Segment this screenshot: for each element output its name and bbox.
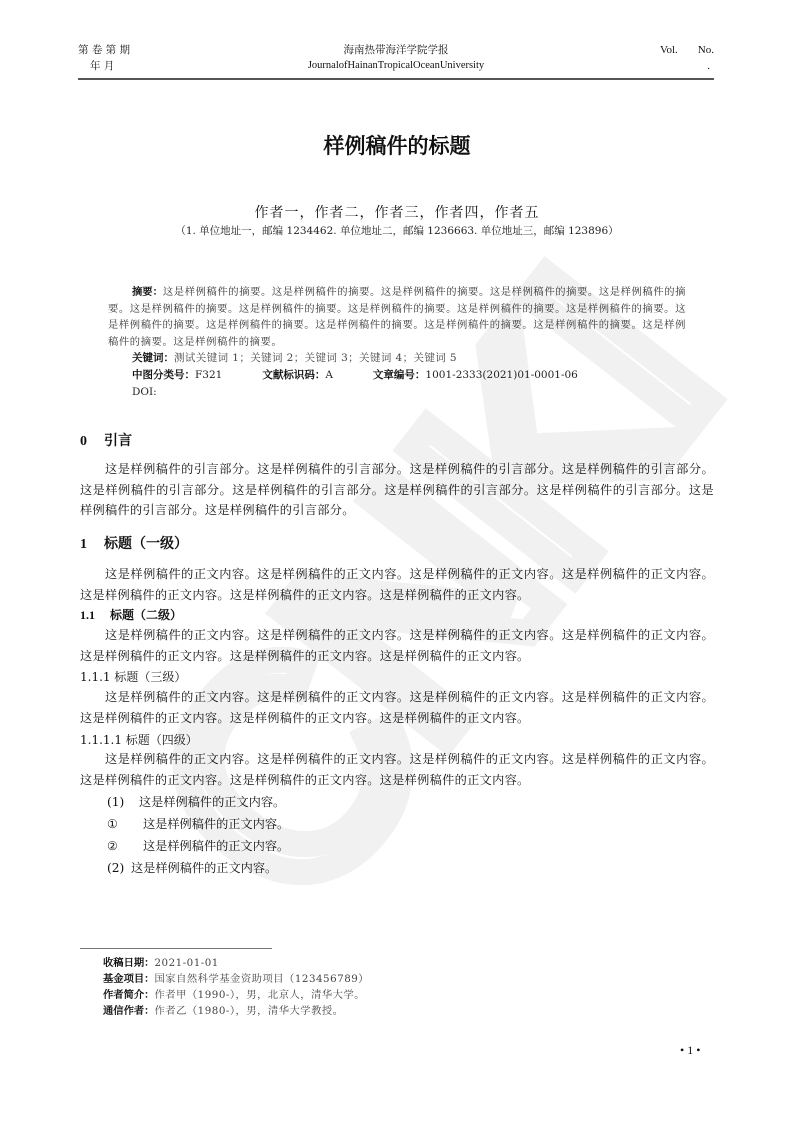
section-title: 标题（一级） xyxy=(104,536,188,552)
footnote-corresponding-author: 通信作者：作者乙（1980-），男，清华大学教授。 xyxy=(103,1003,343,1019)
vol-label: Vol. xyxy=(660,42,678,58)
paper-title: 样例稿件的标题 xyxy=(0,130,794,160)
section-title: 引言 xyxy=(104,433,132,449)
paragraph-intro: 这是样例稿件的引言部分。这是样例稿件的引言部分。这是样例稿件的引言部分。这是样例… xyxy=(80,459,714,521)
keywords-value: 测试关键词 1；关键词 2；关键词 3；关键词 4；关键词 5 xyxy=(174,352,457,364)
affiliations: （1. 单位地址一，邮编 1234462. 单位地址二，邮编 1236663. … xyxy=(0,223,794,238)
list-text: 这是样例稿件的正文内容。 xyxy=(143,817,289,831)
footnote-rule xyxy=(80,948,272,949)
journal-name-cn: 海南热带海洋学院学报 xyxy=(78,42,714,58)
running-header: 第 卷 第 期 年 月 海南热带海洋学院学报 JournalofHainanTr… xyxy=(78,42,714,76)
list-marker: ② xyxy=(107,839,143,853)
footnote-value: 国家自然科学基金资助项目（123456789） xyxy=(154,973,369,985)
section-number: 1 xyxy=(80,537,104,553)
article-no-label: 文章编号： xyxy=(373,369,426,381)
footnote-value: 2021-01-01 xyxy=(154,957,218,969)
section-heading-1-1-1-1: 1.1.1.1 标题（四级） xyxy=(80,731,198,748)
paragraph-s1-1: 这是样例稿件的正文内容。这是样例稿件的正文内容。这是样例稿件的正文内容。这是样例… xyxy=(80,625,714,666)
list-marker: (1) xyxy=(107,795,139,809)
section-number: 0 xyxy=(80,434,104,450)
paragraph-s1-1-1-1: 这是样例稿件的正文内容。这是样例稿件的正文内容。这是样例稿件的正文内容。这是样例… xyxy=(80,749,714,790)
list-item: (2)这是样例稿件的正文内容。 xyxy=(107,859,277,876)
clc-label: 中图分类号： xyxy=(132,369,195,381)
list-marker: (2) xyxy=(107,861,131,875)
doc-code-value: A xyxy=(325,369,333,381)
keywords-label: 关键词： xyxy=(132,352,174,364)
keywords: 关键词：测试关键词 1；关键词 2；关键词 3；关键词 4；关键词 5 xyxy=(132,350,457,366)
section-title: 标题（二级） xyxy=(110,608,182,622)
footnote-value: 作者甲（1990-），男，北京人，清华大学。 xyxy=(154,989,365,1001)
footnote-author-bio: 作者简介：作者甲（1990-），男，北京人，清华大学。 xyxy=(103,987,365,1003)
list-item: ②这是样例稿件的正文内容。 xyxy=(107,837,289,854)
header-rule xyxy=(78,78,714,80)
vol-no-line2: . xyxy=(660,58,714,74)
footnote-received-date: 收稿日期：2021-01-01 xyxy=(103,955,219,971)
section-heading-1-1: 1.1标题（二级） xyxy=(80,606,182,623)
footnote-funding: 基金项目：国家自然科学基金资助项目（123456789） xyxy=(103,971,369,987)
doc-code-label: 文献标识码： xyxy=(262,369,325,381)
author-list: 作者一，作者二，作者三，作者四，作者五 xyxy=(0,202,794,222)
doi-label: DOI: xyxy=(132,386,157,398)
page-number: • 1 • xyxy=(680,1043,700,1058)
list-text: 这是样例稿件的正文内容。 xyxy=(143,839,289,853)
clc-value: F321 xyxy=(195,369,222,381)
abstract-text: 这是样例稿件的摘要。这是样例稿件的摘要。这是样例稿件的摘要。这是样例稿件的摘要。… xyxy=(108,286,686,348)
list-text: 这是样例稿件的正文内容。 xyxy=(131,861,277,875)
footnote-label: 通信作者： xyxy=(103,1005,154,1017)
journal-name-en: JournalofHainanTropicalOceanUniversity xyxy=(78,58,714,74)
list-text: 这是样例稿件的正文内容。 xyxy=(139,795,285,809)
list-item: (1)这是样例稿件的正文内容。 xyxy=(107,793,285,810)
abstract: 摘要：这是样例稿件的摘要。这是样例稿件的摘要。这是样例稿件的摘要。这是样例稿件的… xyxy=(108,284,686,350)
footnote-label: 收稿日期： xyxy=(103,957,154,969)
no-label: No. xyxy=(698,42,714,58)
list-marker: ① xyxy=(107,817,143,831)
list-item: ①这是样例稿件的正文内容。 xyxy=(107,815,289,832)
article-no-value: 1001-2333(2021)01-0001-06 xyxy=(425,369,577,381)
footnote-label: 基金项目： xyxy=(103,973,154,985)
vol-no: Vol.No. . xyxy=(660,42,714,74)
section-heading-1-1-1: 1.1.1 标题（三级） xyxy=(80,668,186,685)
paragraph-s1: 这是样例稿件的正文内容。这是样例稿件的正文内容。这是样例稿件的正文内容。这是样例… xyxy=(80,564,714,605)
footnote-value: 作者乙（1980-），男，清华大学教授。 xyxy=(154,1005,343,1017)
section-heading-1: 1标题（一级） xyxy=(80,533,188,553)
paper-page: CNKI 第 卷 第 期 年 月 海南热带海洋学院学报 JournalofHai… xyxy=(0,0,794,1123)
section-heading-0: 0引言 xyxy=(80,430,132,450)
classification-line: 中图分类号：F321文献标识码：A文章编号：1001-2333(2021)01-… xyxy=(132,367,578,383)
paragraph-s1-1-1: 这是样例稿件的正文内容。这是样例稿件的正文内容。这是样例稿件的正文内容。这是样例… xyxy=(80,687,714,728)
doi-line: DOI: xyxy=(132,384,157,400)
abstract-label: 摘要： xyxy=(132,286,163,298)
journal-name: 海南热带海洋学院学报 JournalofHainanTropicalOceanU… xyxy=(78,42,714,74)
section-number: 1.1 xyxy=(80,608,110,623)
footnote-label: 作者简介： xyxy=(103,989,154,1001)
